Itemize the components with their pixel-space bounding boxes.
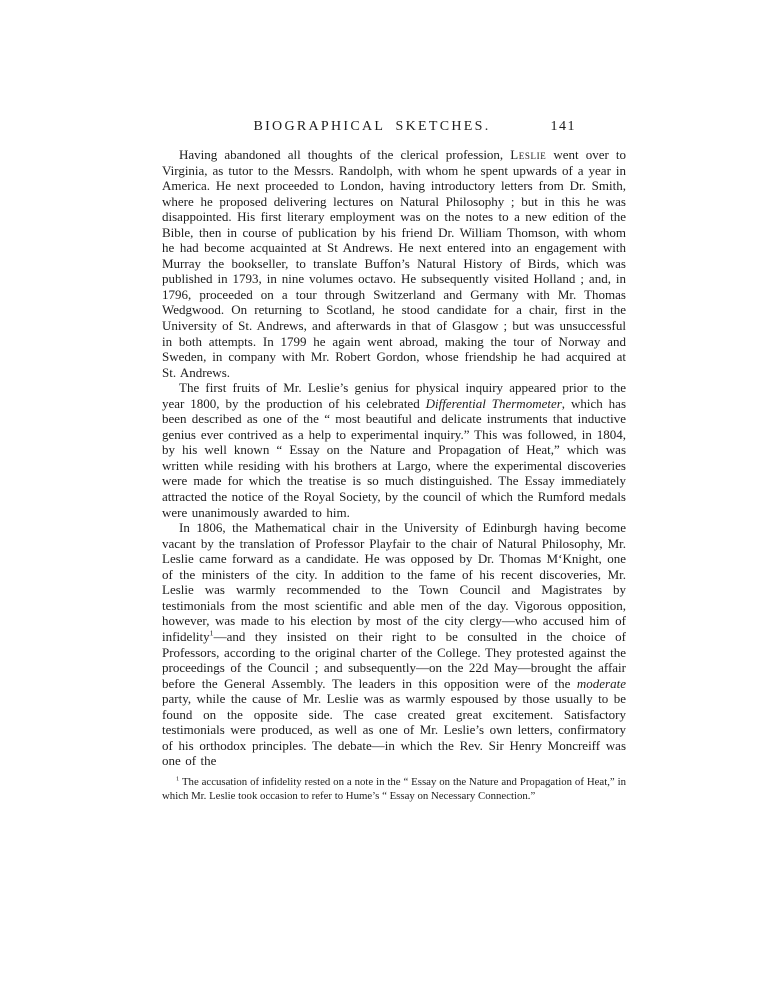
footnote-text: 1 The accusation of infidelity rested on…	[162, 776, 626, 804]
footnote: 1 The accusation of infidelity rested on…	[162, 776, 626, 804]
page-body: Having abandoned all thoughts of the cle…	[162, 147, 626, 769]
paragraph-3: In 1806, the Mathematical chair in the U…	[162, 520, 626, 769]
running-head: BIOGRAPHICAL SKETCHES. 141	[162, 119, 626, 147]
running-title: BIOGRAPHICAL SKETCHES.	[253, 119, 490, 135]
paragraph-1: Having abandoned all thoughts of the cle…	[162, 147, 626, 380]
text-block: BIOGRAPHICAL SKETCHES. 141 Having abando…	[162, 119, 626, 803]
paragraph-2: The first fruits of Mr. Leslie’s genius …	[162, 380, 626, 520]
book-page: BIOGRAPHICAL SKETCHES. 141 Having abando…	[0, 0, 782, 1000]
page-number: 141	[551, 119, 577, 135]
